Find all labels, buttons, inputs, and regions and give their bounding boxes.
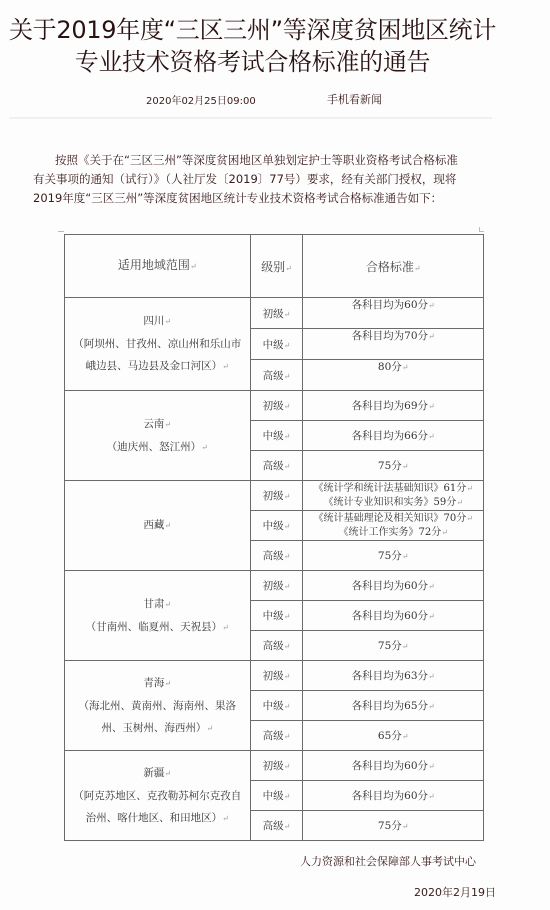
region-name: 甘肃↵ <box>65 593 250 616</box>
standard-text: 75分↵ <box>303 458 483 473</box>
region-detail: （迪庆州、怒江州）↵ <box>65 436 250 459</box>
region-detail: （甘南州、临夏州、天祝县）↵ <box>65 616 250 639</box>
standard-cell: 各科目均为63分↵ <box>303 661 484 691</box>
standard-text: 各科目均为60分↵ <box>303 758 483 773</box>
level-cell: 中级↵ <box>250 691 303 721</box>
level-cell: 中级↵ <box>250 329 303 360</box>
region-detail: （海北州、黄南州、海南州、果洛州、玉树州、海西州）↵ <box>65 695 250 740</box>
header-divider <box>9 117 492 119</box>
level-cell: 初级↵ <box>250 661 303 691</box>
standard-cell: 各科目均为70分↵ <box>303 329 484 360</box>
standard-text: 《统计工作实务》72分↵ <box>303 526 483 540</box>
sign-date: 2020年2月19日 <box>414 884 496 900</box>
standard-cell: 各科目均为60分↵ <box>303 601 484 631</box>
standard-cell: 《统计基础理论及相关知识》70分↵《统计工作实务》72分↵ <box>303 511 484 541</box>
standard-cell: 75分↵ <box>303 631 484 661</box>
region-cell: 甘肃↵（甘南州、临夏州、天祝县）↵ <box>65 571 251 661</box>
region-name: 青海↵ <box>65 672 250 695</box>
standard-text: 《统计基础理论及相关知识》70分↵ <box>303 512 483 526</box>
level-cell: 中级↵ <box>250 511 303 541</box>
standard-cell: 80分↵ <box>303 360 484 391</box>
standard-text: 75分↵ <box>303 548 483 563</box>
table-row: 云南↵（迪庆州、怒江州）↵初级↵各科目均为69分↵ <box>65 391 484 421</box>
table-row: 青海↵（海北州、黄南州、海南州、果洛州、玉树州、海西州）↵初级↵各科目均为63分… <box>65 661 484 691</box>
standard-text: 各科目均为60分↵ <box>303 299 483 312</box>
level-cell: 高级↵ <box>250 721 303 751</box>
region-name: 云南↵ <box>65 413 250 436</box>
page-title: 关于2019年度“三区三州”等深度贫困地区统计专业技术资格考试合格标准的通告 <box>0 14 505 78</box>
level-cell: 高级↵ <box>250 811 303 841</box>
standard-text: 75分↵ <box>303 818 483 833</box>
standard-cell: 《统计学和统计法基础知识》61分↵《统计专业知识和实务》59分↵ <box>303 481 484 511</box>
signer: 人力资源和社会保障部人事考试中心 <box>300 853 476 869</box>
standard-cell: 各科目均为60分↵ <box>303 781 484 811</box>
region-cell: 四川↵（阿坝州、甘孜州、凉山州和乐山市峨边县、马边县及金口河区）↵ <box>65 298 251 391</box>
mobile-news-link[interactable]: 手机看新闻 <box>327 91 382 107</box>
standard-text: 各科目均为65分↵ <box>303 698 483 713</box>
standard-text: 各科目均为70分↵ <box>303 330 483 343</box>
standard-text: 80分↵ <box>303 361 483 374</box>
level-cell: 初级↵ <box>250 298 303 329</box>
standard-text: 75分↵ <box>303 638 483 653</box>
level-cell: 中级↵ <box>250 601 303 631</box>
intro-line: 有关事项的通知（试行）》（人社厅发〔2019〕77号）要求，经有关部门授权，现将 <box>33 170 493 189</box>
standard-text: 各科目均为69分↵ <box>303 398 483 413</box>
standard-cell: 65分↵ <box>303 721 484 751</box>
standard-text: 各科目均为60分↵ <box>303 608 483 623</box>
region-name: 西藏↵ <box>65 514 250 537</box>
table-row: 四川↵（阿坝州、甘孜州、凉山州和乐山市峨边县、马边县及金口河区）↵初级↵各科目均… <box>65 298 484 329</box>
standard-cell: 75分↵ <box>303 811 484 841</box>
table-corner-mark <box>479 227 484 232</box>
table-corner-mark <box>58 227 64 232</box>
intro-line: 2019年度“三区三州”等深度贫困地区统计专业技术资格考试合格标准通告如下： <box>33 189 493 208</box>
region-name: 四川↵ <box>65 310 250 333</box>
table-header-row: 适用地域范围↵ 级别↵ 合格标准↵ <box>65 235 484 298</box>
standard-cell: 75分↵ <box>303 541 484 571</box>
passing-standards-table: 适用地域范围↵ 级别↵ 合格标准↵ 四川↵（阿坝州、甘孜州、凉山州和乐山市峨边县… <box>64 234 484 841</box>
standard-cell: 各科目均为60分↵ <box>303 751 484 781</box>
level-cell: 中级↵ <box>250 421 303 451</box>
region-cell: 新疆↵（阿克苏地区、克孜勒苏柯尔克孜自治州、喀什地区、和田地区）↵ <box>65 751 251 841</box>
region-name: 新疆↵ <box>65 762 250 785</box>
region-detail: （阿坝州、甘孜州、凉山州和乐山市峨边县、马边县及金口河区）↵ <box>65 333 250 378</box>
level-cell: 高级↵ <box>250 631 303 661</box>
standard-text: 各科目均为66分↵ <box>303 428 483 443</box>
standard-text: 《统计学和统计法基础知识》61分↵ <box>303 482 483 496</box>
standard-cell: 各科目均为69分↵ <box>303 391 484 421</box>
level-cell: 高级↵ <box>250 360 303 391</box>
standard-text: 各科目均为63分↵ <box>303 668 483 683</box>
region-detail: （阿克苏地区、克孜勒苏柯尔克孜自治州、喀什地区、和田地区）↵ <box>65 785 250 830</box>
level-cell: 初级↵ <box>250 571 303 601</box>
header-standard: 合格标准↵ <box>303 235 484 298</box>
standard-cell: 各科目均为66分↵ <box>303 421 484 451</box>
level-cell: 初级↵ <box>250 391 303 421</box>
intro-paragraph: 按照《关于在“三区三州”等深度贫困地区单独划定护士等职业资格考试合格标准 有关事… <box>33 151 493 208</box>
table-row: 甘肃↵（甘南州、临夏州、天祝县）↵初级↵各科目均为60分↵ <box>65 571 484 601</box>
header-region: 适用地域范围↵ <box>65 235 251 298</box>
standard-text: 《统计专业知识和实务》59分↵ <box>303 496 483 510</box>
level-cell: 初级↵ <box>250 751 303 781</box>
level-cell: 初级↵ <box>250 481 303 511</box>
standard-text: 各科目均为60分↵ <box>303 578 483 593</box>
region-cell: 青海↵（海北州、黄南州、海南州、果洛州、玉树州、海西州）↵ <box>65 661 251 751</box>
standard-cell: 各科目均为60分↵ <box>303 298 484 329</box>
header-level: 级别↵ <box>250 235 303 298</box>
standard-cell: 各科目均为60分↵ <box>303 571 484 601</box>
standard-cell: 75分↵ <box>303 451 484 481</box>
level-cell: 高级↵ <box>250 451 303 481</box>
standard-text: 65分↵ <box>303 728 483 743</box>
standard-cell: 各科目均为65分↵ <box>303 691 484 721</box>
level-cell: 高级↵ <box>250 541 303 571</box>
intro-line: 按照《关于在“三区三州”等深度贫困地区单独划定护士等职业资格考试合格标准 <box>33 151 493 170</box>
table-row: 新疆↵（阿克苏地区、克孜勒苏柯尔克孜自治州、喀什地区、和田地区）↵初级↵各科目均… <box>65 751 484 781</box>
region-cell: 云南↵（迪庆州、怒江州）↵ <box>65 391 251 481</box>
publish-time: 2020年02月25日09:00 <box>146 92 256 107</box>
table-row: 西藏↵初级↵《统计学和统计法基础知识》61分↵《统计专业知识和实务》59分↵ <box>65 481 484 511</box>
level-cell: 中级↵ <box>250 781 303 811</box>
standard-text: 各科目均为60分↵ <box>303 788 483 803</box>
region-cell: 西藏↵ <box>65 481 251 571</box>
